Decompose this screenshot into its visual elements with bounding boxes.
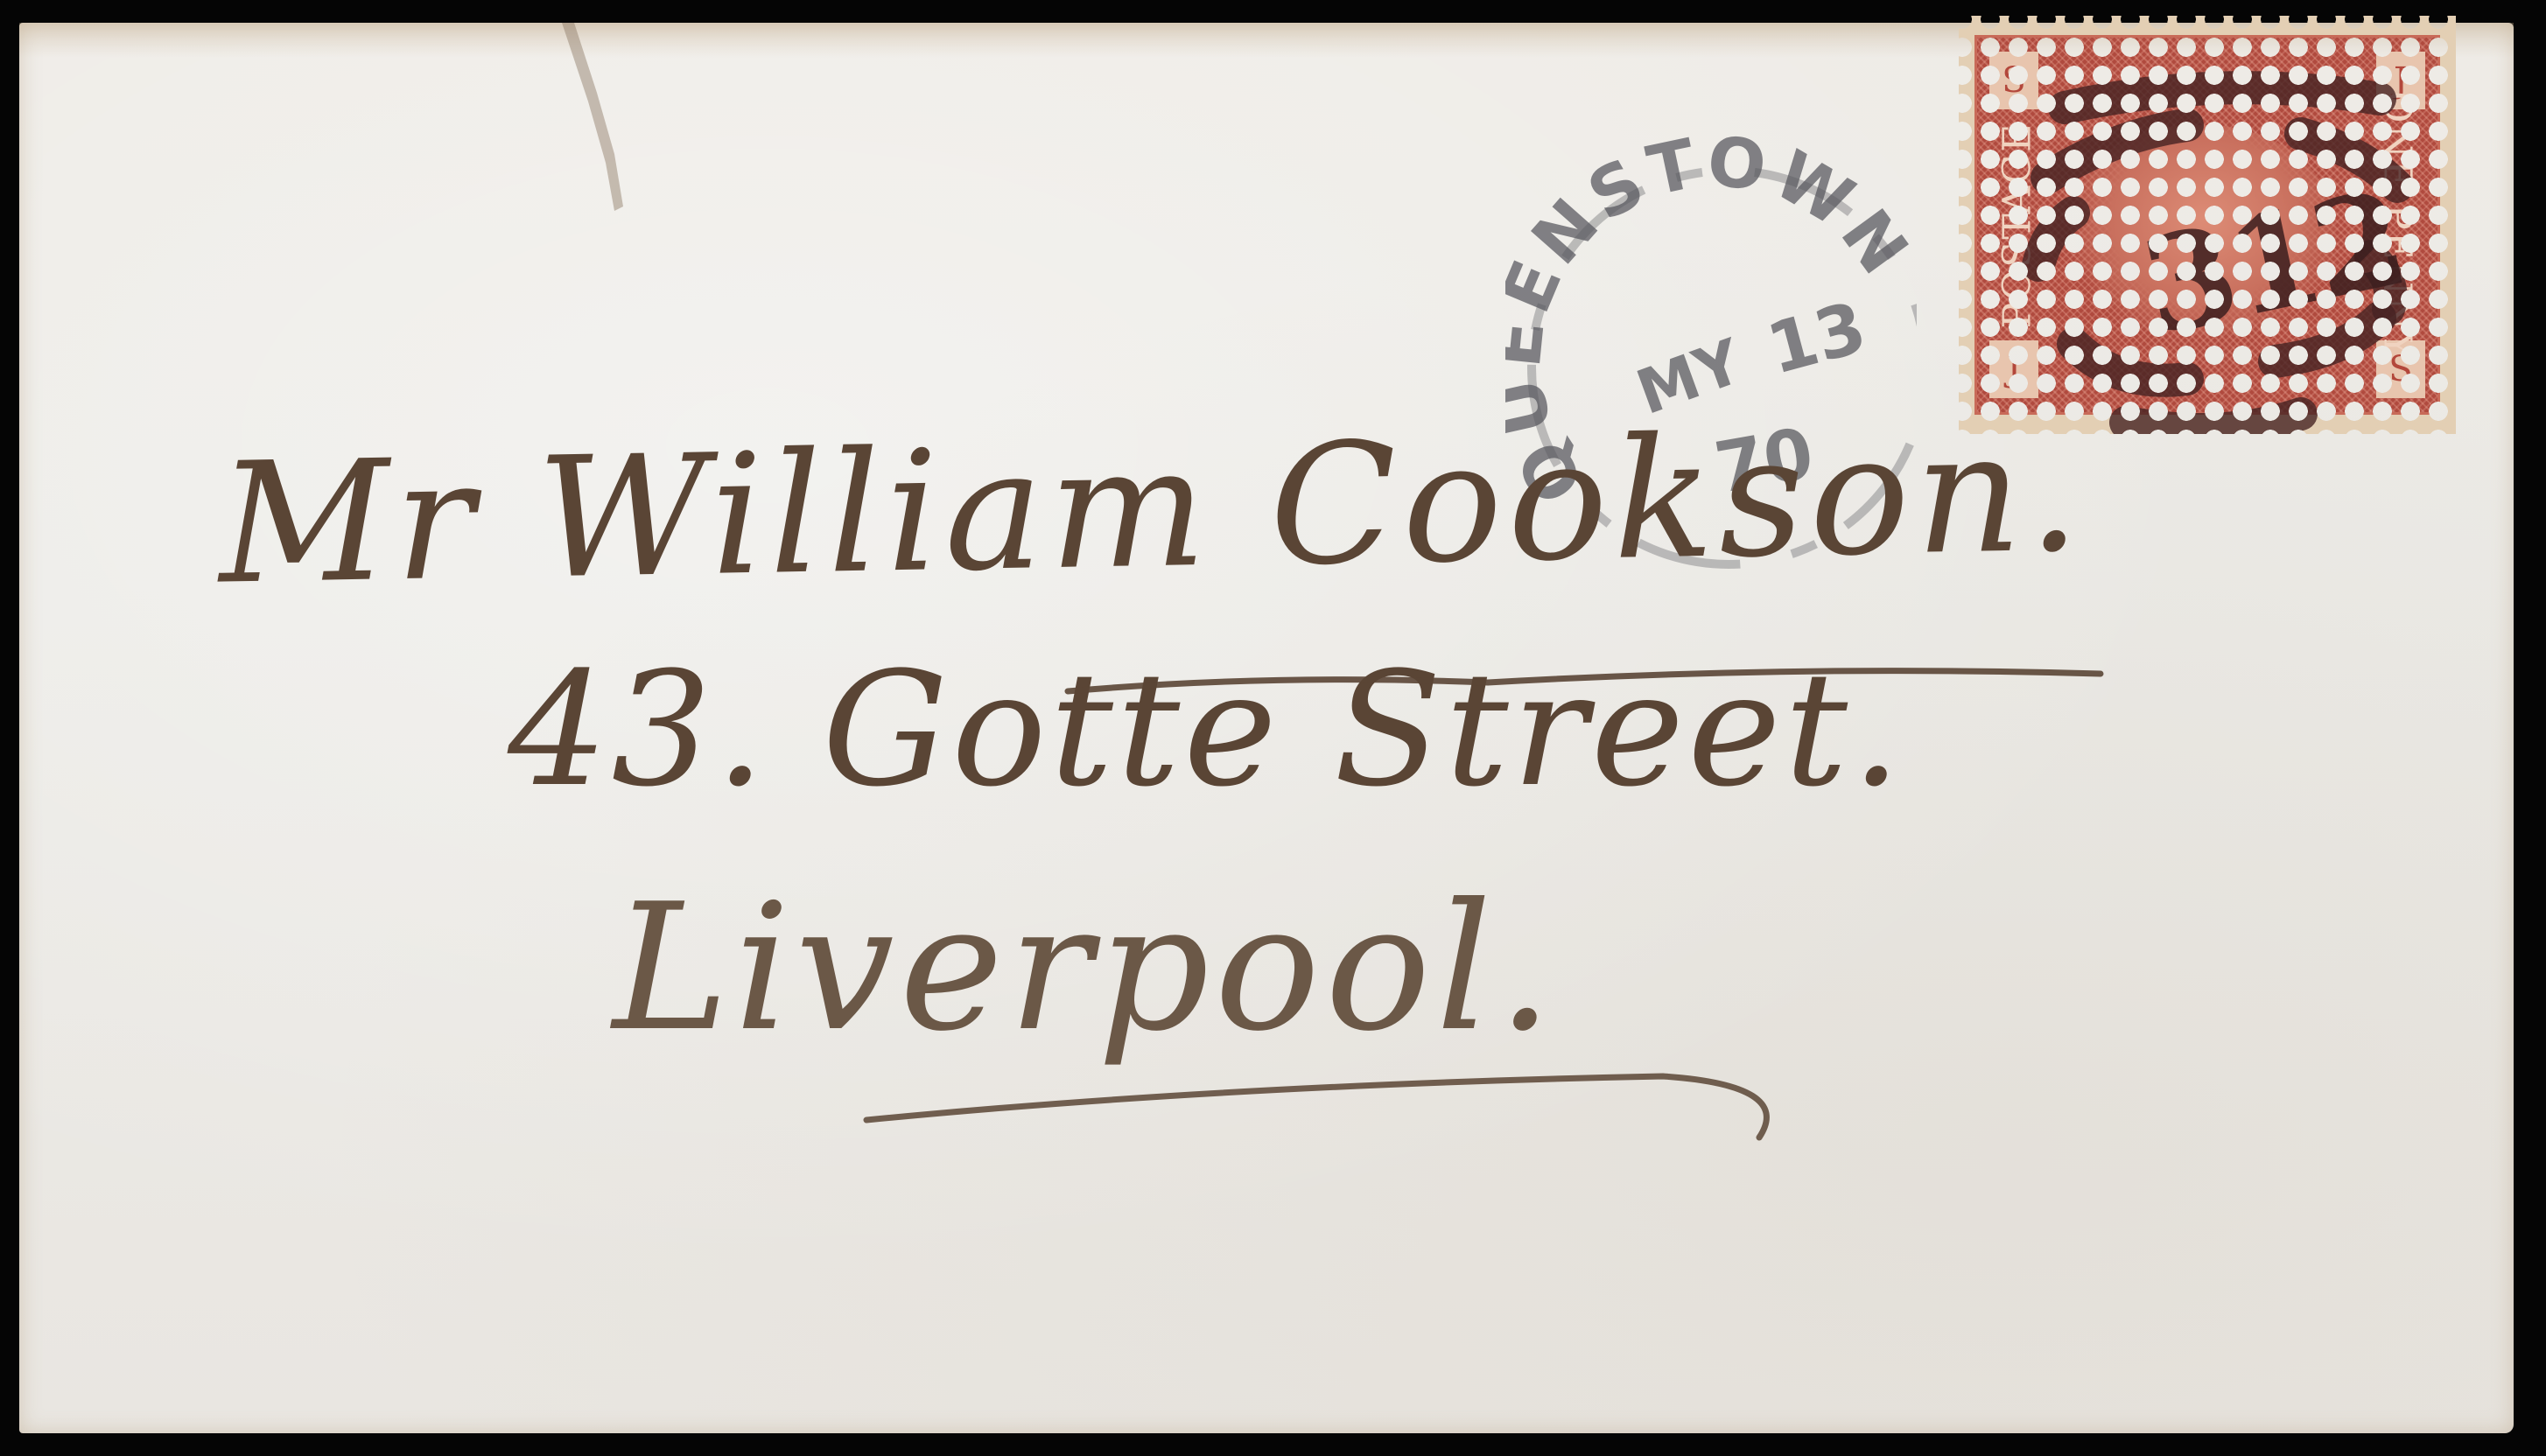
handwriting-flourishes (0, 0, 2546, 1456)
